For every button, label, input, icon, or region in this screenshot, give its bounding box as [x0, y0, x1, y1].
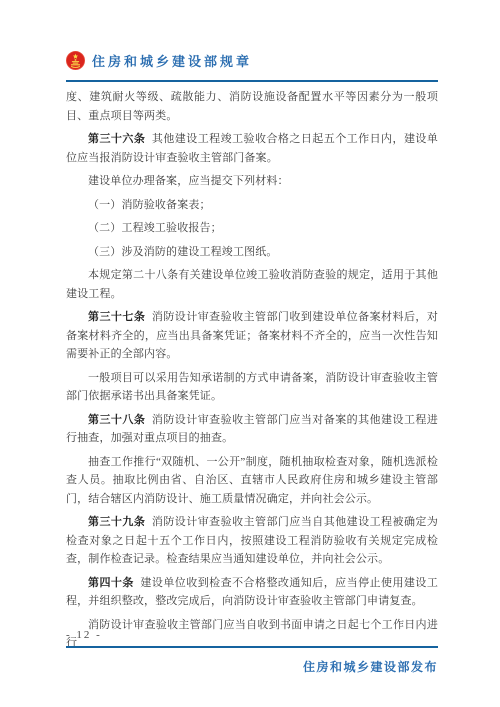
article-number: 第三十七条	[88, 311, 145, 323]
document-paragraph: 第四十条建设单位收到检查不合格整改通知后，应当停止使用建设工程，并组织整改，整改…	[66, 574, 438, 611]
document-paragraph: 抽查工作推行“双随机、一公开”制度，随机抽取检查对象，随机选派检查人员。抽取比例…	[66, 453, 438, 509]
document-paragraph: 一般项目可以采用告知承诺制的方式申请备案，消防设计审查验收主管部门依据承诺书出具…	[66, 369, 438, 406]
header-divider	[66, 80, 438, 82]
national-emblem-icon	[66, 51, 85, 70]
footer-divider	[66, 646, 438, 648]
document-paragraph: 第三十八条消防设计审查验收主管部门应当对备案的其他建设工程进行抽查，加强对重点项…	[66, 411, 438, 448]
document-paragraph: （二）工程竣工验收报告；	[66, 219, 438, 238]
publisher-label: 住房和城乡建设部发布	[66, 658, 438, 675]
document-paragraph: 度、建筑耐火等级、疏散能力、消防设施设备配置水平等因素分为一般项目、重点项目等两…	[66, 88, 438, 125]
document-page: 住房和城乡建设部规章 度、建筑耐火等级、疏散能力、消防设施设备配置水平等因素分为…	[0, 0, 500, 707]
article-number: 第四十条	[88, 577, 134, 589]
page-number: - 12 -	[66, 629, 102, 641]
page-header: 住房和城乡建设部规章	[66, 51, 438, 70]
document-paragraph: （一）消防验收备案表；	[66, 196, 438, 215]
document-paragraph: 本规定第二十八条有关建设单位竣工验收消防查验的规定，适用于其他建设工程。	[66, 266, 438, 303]
header-title: 住房和城乡建设部规章	[92, 51, 252, 70]
article-number: 第三十六条	[88, 133, 145, 145]
document-paragraph: 第三十七条消防设计审查验收主管部门收到建设单位备案材料后，对备案材料齐全的，应当…	[66, 308, 438, 364]
document-paragraph: 第三十六条其他建设工程竣工验收合格之日起五个工作日内，建设单位应当报消防设计审查…	[66, 130, 438, 167]
article-number: 第三十八条	[88, 414, 145, 426]
article-number: 第三十九条	[88, 516, 145, 528]
document-paragraph: 建设单位办理备案，应当提交下列材料：	[66, 172, 438, 191]
document-paragraph: 第三十九条消防设计审查验收主管部门应当自其他建设工程被确定为检查对象之日起十五个…	[66, 513, 438, 569]
document-paragraph: （三）涉及消防的建设工程竣工图纸。	[66, 243, 438, 262]
document-body: 度、建筑耐火等级、疏散能力、消防设施设备配置水平等因素分为一般项目、重点项目等两…	[66, 88, 438, 658]
